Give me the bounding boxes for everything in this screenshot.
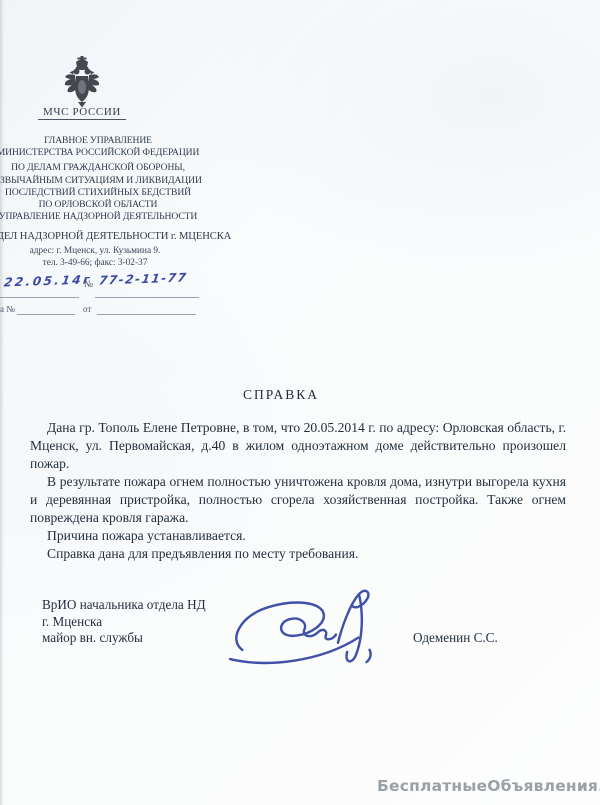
org-header-line: ГЛАВНОЕ УПРАВЛЕНИЕ bbox=[0, 135, 196, 147]
signature-scribble bbox=[226, 586, 394, 674]
incoming-reference-row: а № от bbox=[0, 302, 230, 318]
mchs-emblem-icon bbox=[63, 56, 101, 108]
department-name: ДЕЛ НАДЗОРНОЙ ДЕЯТЕЛЬНОСТИ г. МЦЕНСКА bbox=[0, 231, 228, 242]
body-paragraph: В результате пожара огнем полностью унич… bbox=[30, 473, 566, 527]
scanned-certificate-page: МЧС РОССИИ ГЛАВНОЕ УПРАВЛЕНИЕ МИНИСТЕРСТ… bbox=[0, 0, 600, 805]
org-header-line: ЕЗВЫЧАЙНЫМ СИТУАЦИЯМ И ЛИКВИДАЦИИ bbox=[0, 175, 196, 187]
signer-name: Одеменин С.С. bbox=[413, 630, 498, 646]
signatory-position-line: майор вн. службы bbox=[42, 630, 206, 647]
incoming-number-blank bbox=[17, 314, 75, 315]
body-paragraph: Справка дана для предъявления по месту т… bbox=[30, 545, 566, 563]
signatory-position-block: ВрИО начальника отдела НД г. Мценска май… bbox=[42, 597, 206, 647]
org-header-line: ПО ДЕЛАМ ГРАЖДАНСКОЙ ОБОРОНЫ, bbox=[0, 162, 196, 174]
outgoing-reference-row: 22.05.14г № 77-2-11-77 bbox=[0, 272, 220, 300]
number-underline bbox=[95, 297, 199, 298]
body-paragraph: Причина пожара устанавливается. bbox=[30, 527, 566, 545]
handwritten-date: 22.05.14г bbox=[3, 272, 93, 289]
body-paragraph: Дана гр. Тополь Елене Петровне, в том, ч… bbox=[30, 419, 566, 473]
department-phone: тел. 3-49-66; факс: 3-02-37 bbox=[0, 258, 190, 268]
incoming-number-label: а № bbox=[0, 304, 15, 314]
department-address: адрес: г. Мценск, ул. Кузьмина 9. bbox=[0, 246, 190, 256]
emblem-caption: МЧС РОССИИ bbox=[38, 106, 126, 120]
site-watermark: БесплатныеОбъявления.рф bbox=[377, 777, 600, 795]
org-header-line: ПОСЛЕДСТВИЙ СТИХИЙНЫХ БЕДСТВИЙ bbox=[0, 187, 196, 199]
handwritten-number: 77-2-11-77 bbox=[98, 270, 188, 287]
document-body: Дана гр. Тополь Елене Петровне, в том, ч… bbox=[30, 419, 566, 563]
date-underline bbox=[0, 297, 79, 298]
incoming-from-label: от bbox=[83, 304, 91, 314]
org-header: ГЛАВНОЕ УПРАВЛЕНИЕ МИНИСТЕРСТВА РОССИЙСК… bbox=[0, 135, 196, 223]
incoming-date-blank bbox=[97, 314, 196, 315]
signatory-position-line: ВрИО начальника отдела НД bbox=[42, 597, 206, 614]
org-header-line: УПРАВЛЕНИЕ НАДЗОРНОЙ ДЕЯТЕЛЬНОСТИ bbox=[0, 211, 196, 223]
signatory-position-line: г. Мценска bbox=[42, 614, 206, 631]
org-header-line: МИНИСТЕРСТВА РОССИЙСКОЙ ФЕДЕРАЦИИ bbox=[0, 147, 196, 159]
document-title: СПРАВКА bbox=[0, 387, 562, 403]
number-sign: № bbox=[84, 280, 93, 290]
org-header-line: ПО ОРЛОВСКОЙ ОБЛАСТИ bbox=[0, 199, 196, 211]
